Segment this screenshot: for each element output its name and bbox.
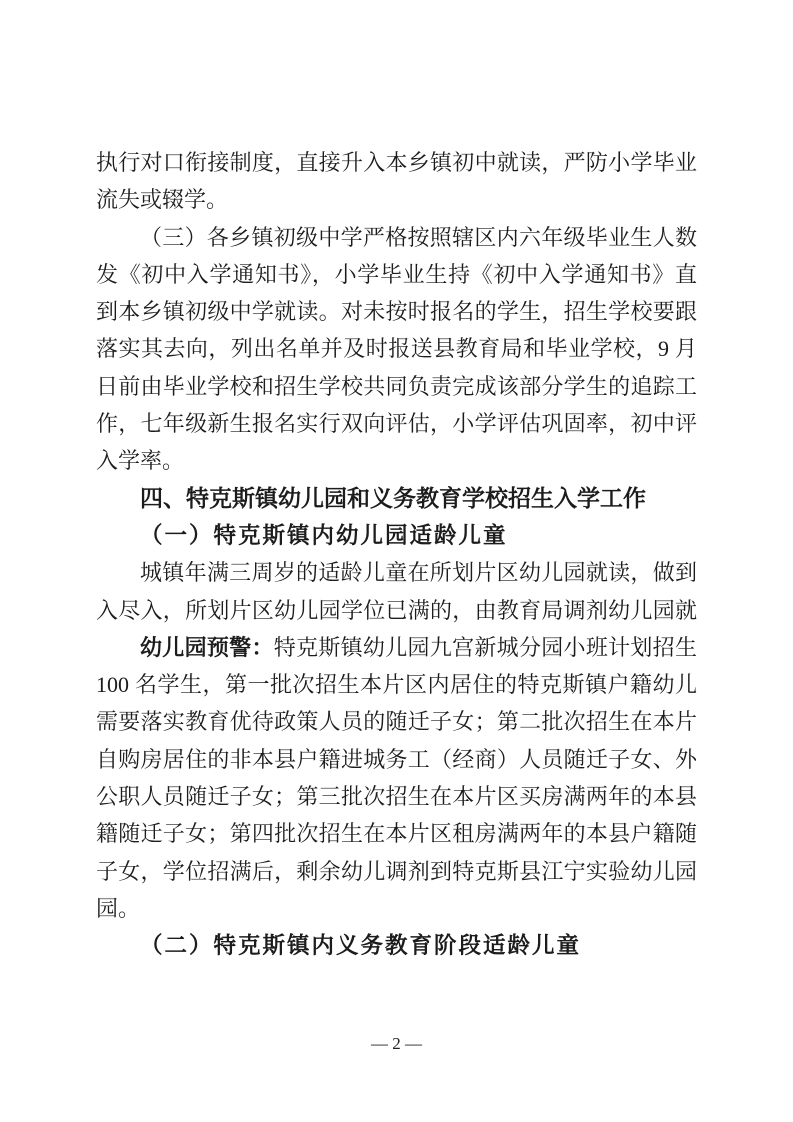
document-page: 执行对口衔接制度，直接升入本乡镇初中就读，严防小学毕业生 流失或辍学。 （三）各…	[0, 0, 793, 1122]
paragraph-line: 子女，学位招满后，剩余幼儿调剂到特克斯县江宁实验幼儿园入	[96, 853, 697, 890]
warning-text: 特克斯镇幼儿园九宫新城分园小班计划招生	[274, 635, 697, 660]
document-body: 执行对口衔接制度，直接升入本乡镇初中就读，严防小学毕业生 流失或辍学。 （三）各…	[96, 144, 697, 965]
heading-subsection-2: （二）特克斯镇内义务教育阶段适龄儿童	[96, 927, 697, 964]
paragraph-line: 100 名学生，第一批次招生本片区内居住的特克斯镇户籍幼儿及	[96, 666, 697, 703]
paragraph-line: 流失或辍学。	[96, 181, 697, 218]
paragraph-line: 到本乡镇初级中学就读。对未按时报名的学生，招生学校要跟踪	[96, 293, 697, 330]
kindergarten-warning-line: 幼儿园预警：特克斯镇幼儿园九宫新城分园小班计划招生	[96, 629, 697, 666]
paragraph-line: 入学率。	[96, 442, 697, 479]
paragraph-line: 日前由毕业学校和招生学校共同负责完成该部分学生的追踪工	[96, 368, 697, 405]
paragraph-line: 园。	[96, 890, 697, 927]
paragraph-line: 发《初中入学通知书》，小学毕业生持《初中入学通知书》直接	[96, 256, 697, 293]
paragraph-line: 落实其去向，列出名单并及时报送县教育局和毕业学校，9 月 1	[96, 330, 697, 367]
warning-label: 幼儿园预警：	[140, 635, 274, 660]
paragraph-line: （三）各乡镇初级中学严格按照辖区内六年级毕业生人数签	[96, 219, 697, 256]
paragraph-line: 城镇年满三周岁的适龄儿童在所划片区幼儿园就读，做到应	[96, 554, 697, 591]
paragraph-line: 入尽入，所划片区幼儿园学位已满的，由教育局调剂幼儿园就读。	[96, 592, 697, 629]
page-footer: — 2 —	[0, 1034, 793, 1054]
heading-section-4: 四、特克斯镇幼儿园和义务教育学校招生入学工作	[96, 480, 697, 517]
paragraph-line: 公职人员随迁子女；第三批次招生在本片区买房满两年的本县户	[96, 778, 697, 815]
paragraph-line: 籍随迁子女；第四批次招生在本片区租房满两年的本县户籍随迁	[96, 815, 697, 852]
paragraph-line: 自购房居住的非本县户籍进城务工（经商）人员随迁子女、外来	[96, 741, 697, 778]
paragraph-line: 作，七年级新生报名实行双向评估，小学评估巩固率，初中评估	[96, 405, 697, 442]
heading-subsection-1: （一）特克斯镇内幼儿园适龄儿童	[96, 517, 697, 554]
page-number: — 2 —	[371, 1034, 422, 1053]
paragraph-line: 需要落实教育优待政策人员的随迁子女；第二批次招生在本片区	[96, 703, 697, 740]
paragraph-line: 执行对口衔接制度，直接升入本乡镇初中就读，严防小学毕业生	[96, 144, 697, 181]
